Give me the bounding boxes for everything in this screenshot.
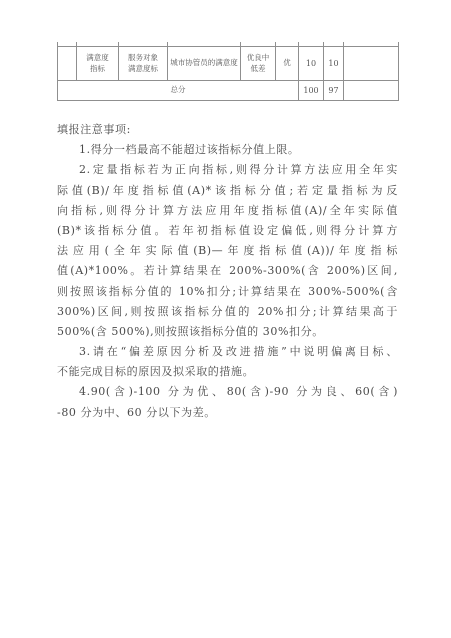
note-line: 向指标,则得分计算方法应用年度指标值(A)/全年实际值 bbox=[57, 201, 398, 221]
note-line: 2.定量指标若为正向指标,则得分计算方法应用全年实 bbox=[57, 160, 398, 180]
score-table: 满意度 指标 服务对象 满意度标 城市协管员的满意度 优良中 低差 优 10 1… bbox=[57, 42, 399, 101]
note-line: -80 分为中、60 分以下为差。 bbox=[57, 403, 398, 423]
note-line: 法应用(全年实际值(B)—年度指标值(A))/年度指标 bbox=[57, 241, 398, 261]
table-row-satisfaction: 满意度 指标 服务对象 满意度标 城市协管员的满意度 优良中 低差 优 10 1… bbox=[58, 47, 399, 81]
note-line: 则按照该指标分值的 10%扣分;计算结果在 300%-500%(含 bbox=[57, 282, 398, 302]
note-line: 1.得分一档最高不能超过该指标分值上限。 bbox=[57, 140, 398, 160]
cell-score-full: 10 bbox=[299, 47, 324, 81]
note-line: 际值(B)/年度指标值(A)*该指标分值;若定量指标为反 bbox=[57, 181, 398, 201]
note-line: (B)*该指标分值。若年初指标值设定偏低,则得分计算方 bbox=[57, 221, 398, 241]
note-line: 500%(含 500%),则按照该指标分值的 30%扣分。 bbox=[57, 322, 398, 342]
table-row-total: 总分 100 97 bbox=[58, 81, 399, 101]
cell-category: 满意度 指标 bbox=[77, 47, 119, 81]
cell-total-full: 100 bbox=[299, 81, 324, 101]
document-page: 满意度 指标 服务对象 满意度标 城市协管员的满意度 优良中 低差 优 10 1… bbox=[0, 0, 451, 638]
cell-rating: 优 bbox=[276, 47, 299, 81]
note-line: 4.90(含)-100 分为优、80(含)-90 分为良、60(含) bbox=[57, 382, 398, 402]
cell-remark bbox=[344, 47, 399, 81]
cell-total-actual: 97 bbox=[324, 81, 344, 101]
cell-indicator: 城市协管员的满意度 bbox=[168, 47, 241, 81]
note-line: 300%)区间,则按照该指标分值的 20%扣分;计算结果高于 bbox=[57, 302, 398, 322]
cell-score-actual: 10 bbox=[324, 47, 344, 81]
notes-block: 填报注意事项: 1.得分一档最高不能超过该指标分值上限。 2.定量指标若为正向指… bbox=[57, 120, 398, 423]
cell-total-label: 总分 bbox=[58, 81, 299, 101]
cell-seq bbox=[58, 47, 77, 81]
note-line: 不能完成目标的原因及拟采取的措施。 bbox=[57, 362, 398, 382]
cell-scale: 优良中 低差 bbox=[241, 47, 276, 81]
cell-total-remark bbox=[344, 81, 399, 101]
cell-sub-category: 服务对象 满意度标 bbox=[119, 47, 168, 81]
note-line: 3.请在“偏差原因分析及改进措施”中说明偏离目标、 bbox=[57, 342, 398, 362]
note-line: 值(A)*100%。若计算结果在 200%-300%(含 200%)区间, bbox=[57, 261, 398, 281]
notes-title: 填报注意事项: bbox=[57, 120, 398, 140]
